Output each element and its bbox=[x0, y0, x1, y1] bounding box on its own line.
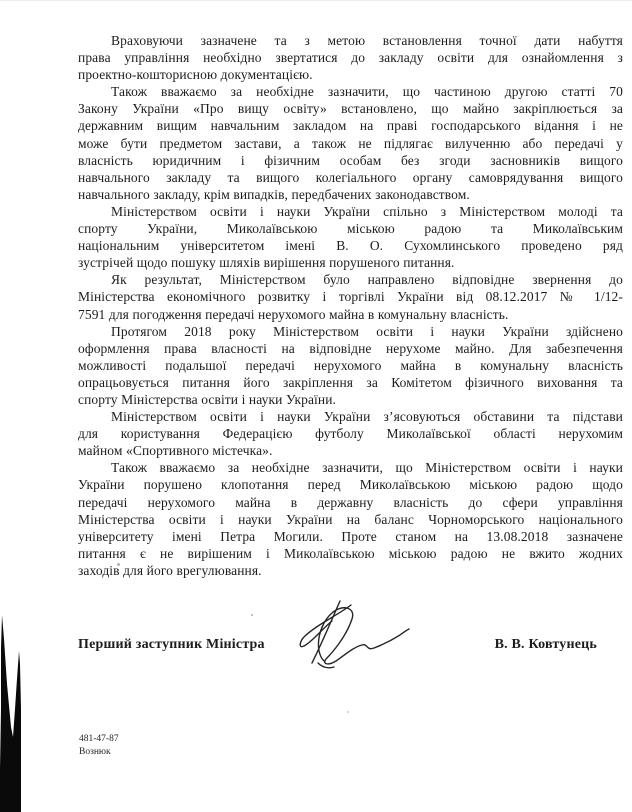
body-line: питання є не вирішеним і Миколаївською м… bbox=[78, 545, 623, 562]
letter-footer: 481-47-87 Вознюк bbox=[79, 733, 119, 758]
body-line: спорту України, Миколаївською міською ра… bbox=[78, 220, 623, 237]
signer-title: Перший заступник Міністра bbox=[78, 637, 265, 653]
footer-author: Вознюк bbox=[79, 746, 119, 759]
scan-ink-blot bbox=[0, 609, 26, 812]
body-line: Протягом 2018 року Міністерством освіти … bbox=[78, 323, 623, 340]
body-line: навчального закладу та вищого колегіальн… bbox=[78, 169, 623, 186]
body-line: зустрічей щодо пошуку шляхів вирішення п… bbox=[78, 254, 623, 271]
scanned-letter-page: Враховуючи зазначене та з метою встановл… bbox=[0, 0, 632, 812]
letter-body: Враховуючи зазначене та з метою встановл… bbox=[78, 32, 623, 579]
scan-speck bbox=[117, 563, 120, 566]
body-line: Також вважаємо за необхідне зазначити, щ… bbox=[78, 83, 623, 100]
body-line: Міністерством освіти і науки України спі… bbox=[78, 203, 623, 220]
body-line: Закону України «Про вищу освіту» встанов… bbox=[78, 100, 623, 117]
signer-name: В. В. Ковтунець bbox=[495, 637, 623, 653]
body-line: національним університетом імені В. О. С… bbox=[78, 237, 623, 254]
body-line: 7591 для погодження передачі нерухомого … bbox=[78, 306, 623, 323]
body-line: України порушено клопотання перед Микола… bbox=[78, 476, 623, 493]
body-line: власність юридичним і фізичним особам бе… bbox=[78, 152, 623, 169]
body-line: може бути предметом застави, а також не … bbox=[78, 135, 623, 152]
body-line: університету імені Петра Могили. Проте с… bbox=[78, 528, 623, 545]
body-line: державним вищим навчальним закладом на п… bbox=[78, 117, 623, 134]
body-line: опрацьовується питання його закріплення … bbox=[78, 374, 623, 391]
body-line: права управління необхідно звертатися до… bbox=[78, 49, 623, 66]
body-line: Як результат, Міністерством було направл… bbox=[78, 271, 623, 288]
body-line: передачі нерухомого майна в державну вла… bbox=[78, 494, 623, 511]
body-line: Враховуючи зазначене та з метою встановл… bbox=[78, 32, 623, 49]
body-line: Міністерством освіти і науки України з’я… bbox=[78, 408, 623, 425]
body-line: майном «Спортивного містечка». bbox=[78, 442, 623, 459]
body-line: Міністерства економічного розвитку і тор… bbox=[78, 288, 623, 305]
body-line: можливості подальшої передачі нерухомого… bbox=[78, 357, 623, 374]
body-line: оформлення права власності на відповідне… bbox=[78, 340, 623, 357]
body-line: навчального закладу, крім випадків, пере… bbox=[78, 186, 623, 203]
body-line: Міністерства освіти і науки України на б… bbox=[78, 511, 623, 528]
handwritten-signature-icon bbox=[288, 597, 414, 671]
footer-phone: 481-47-87 bbox=[79, 733, 119, 746]
scan-speck bbox=[347, 711, 349, 713]
body-line: спорту Міністерства освіти і науки Украї… bbox=[78, 391, 623, 408]
scan-speck bbox=[251, 614, 253, 616]
body-line: заходів для його врегулювання. bbox=[78, 562, 623, 579]
body-line: для користування Федерацією футболу Мико… bbox=[78, 425, 623, 442]
body-line: Також вважаємо за необхідне зазначити, щ… bbox=[78, 459, 623, 476]
body-line: проектно-кошторисною документацією. bbox=[78, 66, 623, 83]
signature-row: Перший заступник Міністра В. В. Ковтунец… bbox=[78, 637, 623, 653]
